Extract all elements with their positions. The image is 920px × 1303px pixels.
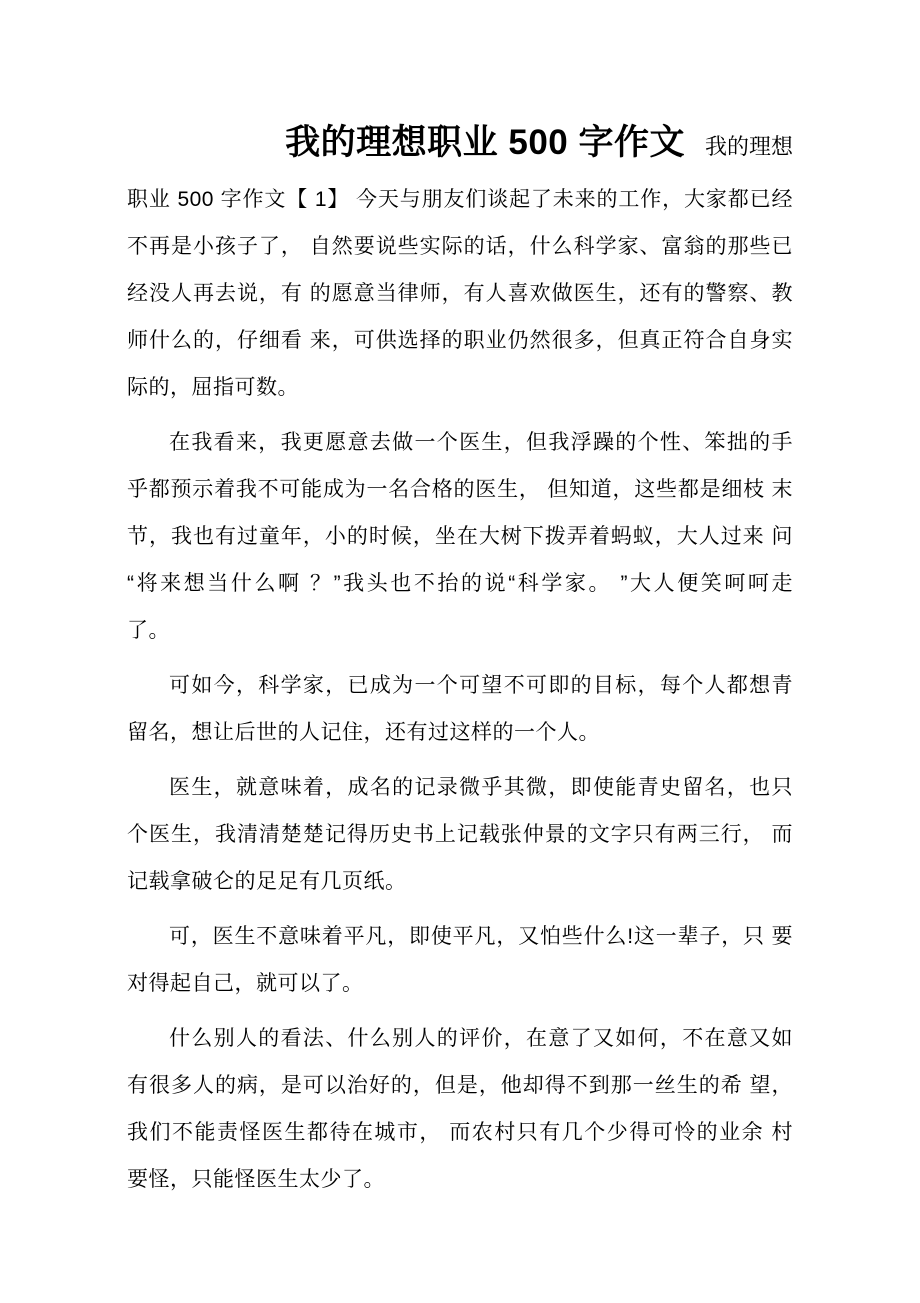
text-line: 际的，屈指可数。 <box>127 364 793 411</box>
paragraph: 医生，就意味着，成名的记录微乎其微，即使能青史留名，也只 是个医生，我清清楚楚记… <box>127 764 793 905</box>
text-line: 乎都预示着我不可能成为一名合格的医生， 但知道，这些都是细枝 末 <box>127 466 793 513</box>
text-line: 医生，就意味着，成名的记录微乎其微，即使能青史留名，也只 是 <box>127 764 793 811</box>
text-line: 我们不能责怪医生都待在城市， 而农村只有几个少得可怜的业余 村医， <box>127 1109 793 1156</box>
title-suffix: 我的理想 <box>705 134 793 159</box>
text-line: 职业 500 字作文【 1】 今天与朋友们谈起了未来的工作，大家都已经 <box>127 176 793 223</box>
paragraph: 可如今，科学家，已成为一个可望不可即的目标，每个人都想青 史留名，想让后世的人记… <box>127 662 793 756</box>
paragraph: 什么别人的看法、什么别人的评价，在意了又如何，不在意又如 何?有很多人的病，是可… <box>127 1015 793 1203</box>
text-line: 节，我也有过童年，小的时候，坐在大树下拨弄着蚂蚁，大人过来 问 <box>127 513 793 560</box>
text-line: 要怪，只能怪医生太少了。 <box>127 1156 793 1203</box>
document-title: 我的理想职业 500 字作文我的理想 <box>127 118 793 168</box>
document-content: 我的理想职业 500 字作文我的理想 职业 500 字作文【 1】 今天与朋友们… <box>127 118 793 1203</box>
title-main: 我的理想职业 500 字作文 <box>285 123 685 162</box>
document-body: 职业 500 字作文【 1】 今天与朋友们谈起了未来的工作，大家都已经不再是小孩… <box>127 176 793 1203</box>
text-line: 在我看来，我更愿意去做一个医生，但我浮躁的个性、笨拙的手 似 <box>127 419 793 466</box>
text-line: “将来想当什么啊 ？”我头也不抬的说“科学家。 ”大人便笑呵呵走 <box>127 560 793 607</box>
text-line: 记载拿破仑的足足有几页纸。 <box>127 858 793 905</box>
text-line: 什么别人的看法、什么别人的评价，在意了又如何，不在意又如 何? <box>127 1015 793 1062</box>
text-line: 可如今，科学家，已成为一个可望不可即的目标，每个人都想青 史 <box>127 662 793 709</box>
text-line: 师什么的，仔细看 来，可供选择的职业仍然很多，但真正符合自身实 <box>127 317 793 364</box>
paragraph: 在我看来，我更愿意去做一个医生，但我浮躁的个性、笨拙的手 似乎都预示着我不可能成… <box>127 419 793 654</box>
text-line: 对得起自己，就可以了。 <box>127 960 793 1007</box>
text-line: 留名，想让后世的人记住，还有过这样的一个人。 <box>127 709 793 756</box>
text-line: 不再是小孩子了， 自然要说些实际的话，什么科学家、富翁的那些已 <box>127 223 793 270</box>
text-line: 有很多人的病，是可以治好的，但是，他却得不到那一丝生的希 望， <box>127 1062 793 1109</box>
text-line: 个医生，我清清楚楚记得历史书上记载张仲景的文字只有两三行， 而 <box>127 811 793 858</box>
text-line: 了。 <box>127 607 793 654</box>
paragraph: 职业 500 字作文【 1】 今天与朋友们谈起了未来的工作，大家都已经不再是小孩… <box>127 176 793 411</box>
text-line: 经没人再去说，有 的愿意当律师，有人喜欢做医生，还有的警察、教 <box>127 270 793 317</box>
text-line: 可，医生不意味着平凡，即使平凡，又怕些什么!这一辈子，只 要 <box>127 913 793 960</box>
document-page: 我的理想职业 500 字作文我的理想 职业 500 字作文【 1】 今天与朋友们… <box>0 0 920 1303</box>
paragraph: 可，医生不意味着平凡，即使平凡，又怕些什么!这一辈子，只 要对得起自己，就可以了… <box>127 913 793 1007</box>
